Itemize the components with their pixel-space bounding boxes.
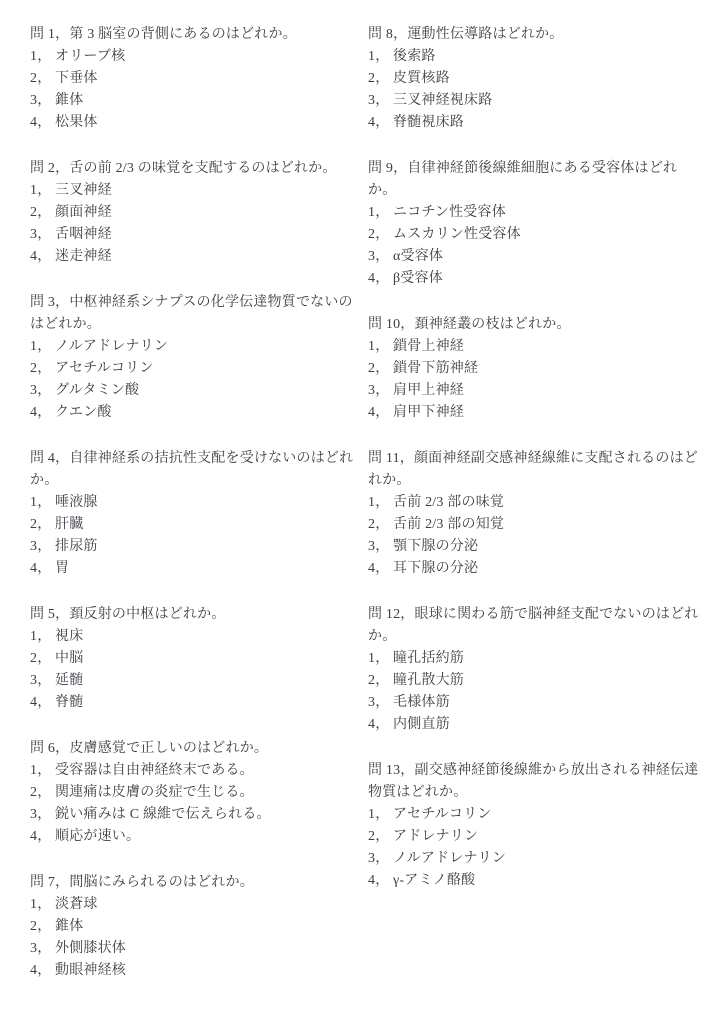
option-number: 2， bbox=[30, 916, 55, 938]
option-text: 延髄 bbox=[55, 673, 83, 688]
option-text: アドレナリン bbox=[393, 829, 478, 844]
question-1: 問 1，第 3 脳室の背側にあるのはどれか。 1，オリーブ核 2，下垂体 3，錐… bbox=[30, 24, 356, 134]
option-text: ムスカリン性受容体 bbox=[393, 227, 521, 242]
option-number: 4， bbox=[30, 246, 55, 268]
option-number: 1， bbox=[368, 492, 393, 514]
question-heading: 問 12，眼球に関わる筋で脳神経支配でないのはどれか。 bbox=[368, 604, 704, 648]
question-number: 問 5， bbox=[30, 607, 69, 622]
option-number: 4， bbox=[368, 268, 393, 290]
option-number: 3， bbox=[30, 938, 55, 960]
option-number: 3， bbox=[30, 804, 55, 826]
question-text: 自律神経節後線維細胞にある受容体はどれか。 bbox=[368, 161, 677, 198]
option-number: 4， bbox=[368, 870, 393, 892]
question-heading: 問 13，副交感神経節後線維から放出される神経伝達物質はどれか。 bbox=[368, 760, 704, 804]
option-number: 4， bbox=[30, 826, 55, 848]
option-number: 4， bbox=[368, 112, 393, 134]
question-heading: 問 6，皮膚感覚で正しいのはどれか。 bbox=[30, 738, 356, 760]
question-text: 舌の前 2/3 の味覚を支配するのはどれか。 bbox=[69, 161, 336, 176]
left-column: 問 1，第 3 脳室の背側にあるのはどれか。 1，オリーブ核 2，下垂体 3，錐… bbox=[30, 24, 356, 982]
option-row: 2，顔面神経 bbox=[30, 202, 356, 224]
option-number: 1， bbox=[30, 336, 55, 358]
option-text: 中脳 bbox=[55, 651, 83, 666]
option-row: 1，鎖骨上神経 bbox=[368, 336, 704, 358]
option-number: 3， bbox=[30, 90, 55, 112]
question-11: 問 11，顔面神経副交感神経線維に支配されるのはどれか。 1，舌前 2/3 部の… bbox=[368, 448, 704, 580]
option-row: 1，ノルアドレナリン bbox=[30, 336, 356, 358]
question-3: 問 3，中枢神経系シナプスの化学伝達物質でないのはどれか。 1，ノルアドレナリン… bbox=[30, 292, 356, 424]
option-number: 2， bbox=[368, 670, 393, 692]
option-row: 1，三叉神経 bbox=[30, 180, 356, 202]
question-5: 問 5，頚反射の中枢はどれか。 1，視床 2，中脳 3，延髄 4，脊髄 bbox=[30, 604, 356, 714]
question-12: 問 12，眼球に関わる筋で脳神経支配でないのはどれか。 1，瞳孔括約筋 2，瞳孔… bbox=[368, 604, 704, 736]
question-heading: 問 9，自律神経節後線維細胞にある受容体はどれか。 bbox=[368, 158, 704, 202]
option-text: 淡蒼球 bbox=[55, 897, 98, 912]
question-number: 問 3， bbox=[30, 295, 69, 310]
option-row: 3，α受容体 bbox=[368, 246, 704, 268]
option-text: グルタミン酸 bbox=[55, 383, 139, 398]
question-8: 問 8，運動性伝導路はどれか。 1，後索路 2，皮質核路 3，三叉神経視床路 4… bbox=[368, 24, 704, 134]
option-number: 3， bbox=[368, 90, 393, 112]
option-number: 1， bbox=[368, 202, 393, 224]
option-number: 2， bbox=[30, 202, 55, 224]
option-row: 1，ニコチン性受容体 bbox=[368, 202, 704, 224]
option-row: 4，胃 bbox=[30, 558, 356, 580]
option-row: 4，動眼神経核 bbox=[30, 960, 356, 982]
option-number: 4， bbox=[30, 402, 55, 424]
option-text: 鎖骨上神経 bbox=[393, 339, 464, 354]
option-text: 視床 bbox=[55, 629, 83, 644]
option-row: 2，肝臓 bbox=[30, 514, 356, 536]
option-number: 4， bbox=[368, 714, 393, 736]
option-text: ノルアドレナリン bbox=[393, 851, 506, 866]
option-text: オリーブ核 bbox=[55, 49, 125, 64]
option-row: 1，受容器は自由神経終末である。 bbox=[30, 760, 356, 782]
question-number: 問 1， bbox=[30, 27, 69, 42]
option-text: 顔面神経 bbox=[55, 205, 112, 220]
option-text: 下垂体 bbox=[55, 71, 98, 86]
option-number: 4， bbox=[30, 960, 55, 982]
question-number: 問 13， bbox=[368, 763, 415, 778]
question-text: 運動性伝導路はどれか。 bbox=[407, 27, 563, 42]
option-text: 錐体 bbox=[55, 919, 83, 934]
question-10: 問 10，頚神経叢の枝はどれか。 1，鎖骨上神経 2，鎖骨下筋神経 3，肩甲上神… bbox=[368, 314, 704, 424]
option-row: 4，β受容体 bbox=[368, 268, 704, 290]
question-heading: 問 11，顔面神経副交感神経線維に支配されるのはどれか。 bbox=[368, 448, 704, 492]
option-text: 鎖骨下筋神経 bbox=[393, 361, 478, 376]
option-number: 2， bbox=[30, 358, 55, 380]
question-9: 問 9，自律神経節後線維細胞にある受容体はどれか。 1，ニコチン性受容体 2，ム… bbox=[368, 158, 704, 290]
option-number: 2， bbox=[368, 826, 393, 848]
option-row: 3，延髄 bbox=[30, 670, 356, 692]
option-text: 三叉神経視床路 bbox=[393, 93, 492, 108]
question-heading: 問 8，運動性伝導路はどれか。 bbox=[368, 24, 704, 46]
option-number: 2， bbox=[368, 514, 393, 536]
option-row: 3，排尿筋 bbox=[30, 536, 356, 558]
option-number: 2， bbox=[368, 358, 393, 380]
option-row: 3，舌咽神経 bbox=[30, 224, 356, 246]
question-text: 顔面神経副交感神経線維に支配されるのはどれか。 bbox=[368, 451, 698, 488]
option-row: 3，鋭い痛みは C 線維で伝えられる。 bbox=[30, 804, 356, 826]
option-row: 3，外側膝状体 bbox=[30, 938, 356, 960]
right-column: 問 8，運動性伝導路はどれか。 1，後索路 2，皮質核路 3，三叉神経視床路 4… bbox=[368, 24, 704, 982]
question-text: 第 3 脳室の背側にあるのはどれか。 bbox=[69, 27, 297, 42]
option-text: ニコチン性受容体 bbox=[393, 205, 506, 220]
option-text: 排尿筋 bbox=[55, 539, 98, 554]
option-text: 皮質核路 bbox=[393, 71, 450, 86]
question-text: 間脳にみられるのはどれか。 bbox=[69, 875, 254, 890]
option-row: 1，後索路 bbox=[368, 46, 704, 68]
option-number: 1， bbox=[368, 648, 393, 670]
option-text: アセチルコリン bbox=[55, 361, 154, 376]
option-text: アセチルコリン bbox=[393, 807, 492, 822]
question-text: 頚反射の中枢はどれか。 bbox=[69, 607, 225, 622]
option-number: 1， bbox=[368, 46, 393, 68]
option-number: 4， bbox=[30, 692, 55, 714]
option-row: 4，耳下腺の分泌 bbox=[368, 558, 704, 580]
option-text: 関連痛は皮膚の炎症で生じる。 bbox=[55, 785, 254, 800]
question-heading: 問 7，間脳にみられるのはどれか。 bbox=[30, 872, 356, 894]
option-number: 1， bbox=[30, 492, 55, 514]
option-row: 1，アセチルコリン bbox=[368, 804, 704, 826]
option-text: 舌前 2/3 部の知覚 bbox=[393, 517, 504, 532]
question-text: 自律神経系の拮抗性支配を受けないのはどれか。 bbox=[30, 451, 353, 488]
option-text: 三叉神経 bbox=[55, 183, 112, 198]
option-row: 1，唾液腺 bbox=[30, 492, 356, 514]
question-number: 問 9， bbox=[368, 161, 407, 176]
option-number: 1， bbox=[30, 894, 55, 916]
question-heading: 問 3，中枢神経系シナプスの化学伝達物質でないのはどれか。 bbox=[30, 292, 356, 336]
option-number: 2， bbox=[368, 224, 393, 246]
option-row: 1，視床 bbox=[30, 626, 356, 648]
question-heading: 問 4，自律神経系の拮抗性支配を受けないのはどれか。 bbox=[30, 448, 356, 492]
option-text: 順応が速い。 bbox=[55, 829, 140, 844]
option-row: 4，肩甲下神経 bbox=[368, 402, 704, 424]
option-text: 動眼神経核 bbox=[55, 963, 126, 978]
question-7: 問 7，間脳にみられるのはどれか。 1，淡蒼球 2，錐体 3，外側膝状体 4，動… bbox=[30, 872, 356, 982]
option-row: 3，毛様体筋 bbox=[368, 692, 704, 714]
option-row: 4，脊髄 bbox=[30, 692, 356, 714]
option-text: 後索路 bbox=[393, 49, 436, 64]
option-row: 1，瞳孔括約筋 bbox=[368, 648, 704, 670]
option-text: 瞳孔括約筋 bbox=[393, 651, 464, 666]
option-text: 内側直筋 bbox=[393, 717, 450, 732]
option-row: 2，瞳孔散大筋 bbox=[368, 670, 704, 692]
option-text: 顎下腺の分泌 bbox=[393, 539, 478, 554]
option-number: 3， bbox=[30, 224, 55, 246]
question-text: 頚神経叢の枝はどれか。 bbox=[415, 317, 571, 332]
question-number: 問 6， bbox=[30, 741, 69, 756]
option-number: 1， bbox=[30, 180, 55, 202]
option-number: 1， bbox=[368, 336, 393, 358]
option-row: 2，ムスカリン性受容体 bbox=[368, 224, 704, 246]
option-row: 4，γ-アミノ酪酸 bbox=[368, 870, 704, 892]
option-text: 舌咽神経 bbox=[55, 227, 112, 242]
question-2: 問 2，舌の前 2/3 の味覚を支配するのはどれか。 1，三叉神経 2，顔面神経… bbox=[30, 158, 356, 268]
option-number: 3， bbox=[368, 536, 393, 558]
question-text: 副交感神経節後線維から放出される神経伝達物質はどれか。 bbox=[368, 763, 699, 800]
question-6: 問 6，皮膚感覚で正しいのはどれか。 1，受容器は自由神経終末である。 2，関連… bbox=[30, 738, 356, 848]
question-text: 眼球に関わる筋で脳神経支配でないのはどれか。 bbox=[368, 607, 699, 644]
option-row: 2，錐体 bbox=[30, 916, 356, 938]
option-row: 4，順応が速い。 bbox=[30, 826, 356, 848]
option-row: 4，内側直筋 bbox=[368, 714, 704, 736]
option-row: 2，中脳 bbox=[30, 648, 356, 670]
option-number: 3， bbox=[368, 692, 393, 714]
option-text: 受容器は自由神経終末である。 bbox=[55, 763, 254, 778]
question-text: 皮膚感覚で正しいのはどれか。 bbox=[69, 741, 268, 756]
exam-page: 問 1，第 3 脳室の背側にあるのはどれか。 1，オリーブ核 2，下垂体 3，錐… bbox=[0, 0, 712, 1024]
option-number: 4， bbox=[30, 558, 55, 580]
question-number: 問 10， bbox=[368, 317, 415, 332]
option-number: 3， bbox=[30, 670, 55, 692]
option-text: 唾液腺 bbox=[55, 495, 98, 510]
question-number: 問 12， bbox=[368, 607, 415, 622]
option-text: クエン酸 bbox=[55, 405, 112, 420]
option-text: 舌前 2/3 部の味覚 bbox=[393, 495, 504, 510]
question-number: 問 4， bbox=[30, 451, 69, 466]
question-number: 問 7， bbox=[30, 875, 69, 890]
option-row: 2，関連痛は皮膚の炎症で生じる。 bbox=[30, 782, 356, 804]
question-13: 問 13，副交感神経節後線維から放出される神経伝達物質はどれか。 1，アセチルコ… bbox=[368, 760, 704, 892]
question-text: 中枢神経系シナプスの化学伝達物質でないのはどれか。 bbox=[30, 295, 353, 332]
option-number: 3， bbox=[30, 536, 55, 558]
option-row: 4，松果体 bbox=[30, 112, 356, 134]
option-number: 4， bbox=[30, 112, 55, 134]
option-row: 3，ノルアドレナリン bbox=[368, 848, 704, 870]
option-text: 肩甲下神経 bbox=[393, 405, 464, 420]
option-text: α受容体 bbox=[393, 249, 443, 264]
option-number: 2， bbox=[368, 68, 393, 90]
option-row: 4，脊髄視床路 bbox=[368, 112, 704, 134]
option-text: 鋭い痛みは C 線維で伝えられる。 bbox=[55, 807, 271, 822]
option-text: 肩甲上神経 bbox=[393, 383, 464, 398]
question-heading: 問 10，頚神経叢の枝はどれか。 bbox=[368, 314, 704, 336]
option-number: 2， bbox=[30, 648, 55, 670]
option-text: 肝臓 bbox=[55, 517, 83, 532]
option-number: 4， bbox=[368, 558, 393, 580]
option-row: 1，淡蒼球 bbox=[30, 894, 356, 916]
option-number: 1， bbox=[368, 804, 393, 826]
question-heading: 問 1，第 3 脳室の背側にあるのはどれか。 bbox=[30, 24, 356, 46]
option-row: 2，アドレナリン bbox=[368, 826, 704, 848]
option-text: 耳下腺の分泌 bbox=[393, 561, 478, 576]
option-text: 迷走神経 bbox=[55, 249, 112, 264]
question-heading: 問 2，舌の前 2/3 の味覚を支配するのはどれか。 bbox=[30, 158, 356, 180]
option-text: γ-アミノ酪酸 bbox=[393, 873, 475, 888]
option-number: 3， bbox=[368, 848, 393, 870]
option-text: 毛様体筋 bbox=[393, 695, 450, 710]
option-text: 胃 bbox=[55, 561, 69, 576]
option-row: 2，舌前 2/3 部の知覚 bbox=[368, 514, 704, 536]
two-column-layout: 問 1，第 3 脳室の背側にあるのはどれか。 1，オリーブ核 2，下垂体 3，錐… bbox=[30, 24, 704, 982]
option-row: 3，グルタミン酸 bbox=[30, 380, 356, 402]
option-row: 3，錐体 bbox=[30, 90, 356, 112]
option-number: 1， bbox=[30, 626, 55, 648]
option-text: 松果体 bbox=[55, 115, 98, 130]
option-number: 3， bbox=[368, 380, 393, 402]
option-number: 2， bbox=[30, 514, 55, 536]
option-text: ノルアドレナリン bbox=[55, 339, 168, 354]
option-row: 2，皮質核路 bbox=[368, 68, 704, 90]
option-text: β受容体 bbox=[393, 271, 443, 286]
option-text: 脊髄視床路 bbox=[393, 115, 464, 130]
option-row: 3，肩甲上神経 bbox=[368, 380, 704, 402]
option-number: 4， bbox=[368, 402, 393, 424]
option-row: 2，下垂体 bbox=[30, 68, 356, 90]
option-row: 3，三叉神経視床路 bbox=[368, 90, 704, 112]
option-number: 3， bbox=[368, 246, 393, 268]
option-text: 錐体 bbox=[55, 93, 83, 108]
option-row: 2，アセチルコリン bbox=[30, 358, 356, 380]
option-text: 外側膝状体 bbox=[55, 941, 126, 956]
option-row: 2，鎖骨下筋神経 bbox=[368, 358, 704, 380]
option-row: 1，舌前 2/3 部の味覚 bbox=[368, 492, 704, 514]
question-number: 問 8， bbox=[368, 27, 407, 42]
option-text: 脊髄 bbox=[55, 695, 83, 710]
question-heading: 問 5，頚反射の中枢はどれか。 bbox=[30, 604, 356, 626]
option-row: 1，オリーブ核 bbox=[30, 46, 356, 68]
question-number: 問 11， bbox=[368, 451, 414, 466]
option-number: 2， bbox=[30, 68, 55, 90]
option-text: 瞳孔散大筋 bbox=[393, 673, 464, 688]
option-row: 4，クエン酸 bbox=[30, 402, 356, 424]
option-number: 3， bbox=[30, 380, 55, 402]
option-number: 1， bbox=[30, 760, 55, 782]
question-4: 問 4，自律神経系の拮抗性支配を受けないのはどれか。 1，唾液腺 2，肝臓 3，… bbox=[30, 448, 356, 580]
option-row: 3，顎下腺の分泌 bbox=[368, 536, 704, 558]
option-number: 1， bbox=[30, 46, 55, 68]
option-row: 4，迷走神経 bbox=[30, 246, 356, 268]
option-number: 2， bbox=[30, 782, 55, 804]
question-number: 問 2， bbox=[30, 161, 69, 176]
